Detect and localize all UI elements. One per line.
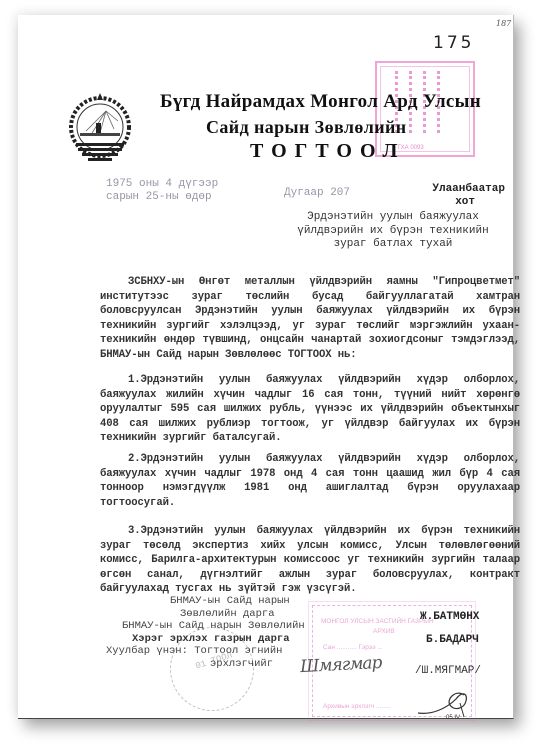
- document-title: ТОГТООЛ: [250, 140, 405, 163]
- handwritten-signature: Шмягмар: [300, 653, 382, 677]
- paragraph-text: ЗСБНХУ-ын Өнгөт металлын үйлдвэрийн яамн…: [100, 275, 520, 362]
- paragraph-text: 1.Эрдэнэтийн уулын баяжуулах үйлдвэрийн …: [100, 373, 520, 446]
- archive-stamp-line: Сан ........... Гэрээ ...: [323, 644, 383, 651]
- state-emblem-icon: [66, 91, 134, 163]
- secondary-page-number: 187: [496, 19, 511, 28]
- archive-stamp-line: МОНГОЛ УЛСЫН ЗАСГИЙН ГАЗРЫН: [321, 618, 434, 625]
- header-line-1: Бүгд Найрамдах Монгол Ард Улсын: [160, 91, 481, 113]
- clause-3: 3.Эрдэнэтийн уулын баяжуулах үйлдвэрийн …: [100, 524, 520, 597]
- archive-stamp-line: Архивын эрхлэгч ........: [323, 703, 391, 710]
- signatory-title: Хэрэг эрхлэх газрын дарга: [106, 633, 346, 646]
- signatory-name-3: /Ш.МЯГМАР/: [415, 665, 481, 677]
- document-date: 1975 оны 4 дүгээр сарын 25-ны өдөр: [106, 178, 218, 204]
- archive-signature-icon: 05 IV: [416, 681, 476, 721]
- header-line-2: Сайд нарын Зөвлөлийн: [206, 117, 407, 138]
- svg-text:05 IV: 05 IV: [446, 715, 460, 721]
- signatory-title: БНМАУ-ын Сайд нарын: [106, 595, 346, 608]
- clause-1: 1.Эрдэнэтийн уулын баяжуулах үйлдвэрийн …: [100, 373, 520, 446]
- document-subject: Эрдэнэтийн уулын баяжуулах үйлдвэрийн их…: [283, 211, 503, 252]
- document-page: 187 175 ТХА 0093 Бүгд Найрамдах Монгол А…: [18, 15, 514, 719]
- document-number: Дугаар 207: [284, 187, 350, 199]
- paragraph-text: 2.Эрдэнэтийн уулын баяжуулах үйлдвэрийн …: [100, 452, 520, 510]
- paragraph-text: 3.Эрдэнэтийн уулын баяжуулах үйлдвэрийн …: [100, 524, 520, 597]
- signatory-name-2: Б.БАДАРЧ: [426, 634, 479, 646]
- page-number: 175: [433, 33, 474, 53]
- date-line-1: 1975 оны 4 дүгээр: [106, 178, 218, 191]
- document-city: Улаанбаатар хот: [395, 183, 505, 209]
- date-line-2: сарын 25-ны өдөр: [106, 191, 218, 204]
- preamble-paragraph: ЗСБНХУ-ын Өнгөт металлын үйлдвэрийн яамн…: [100, 275, 520, 362]
- city-line-2: хот: [395, 196, 505, 209]
- signatory-title: БНМАУ-ын Сайд нарын Зөвлөлийн: [106, 620, 346, 633]
- clause-2: 2.Эрдэнэтийн уулын баяжуулах үйлдвэрийн …: [100, 452, 520, 510]
- signatory-title: Зөвлөлийн дарга: [106, 608, 346, 621]
- city-line-1: Улаанбаатар: [395, 183, 505, 196]
- archive-stamp-line: АРХИВ: [373, 628, 395, 635]
- signatory-name-1: Ж.БАТМӨНХ: [420, 611, 479, 623]
